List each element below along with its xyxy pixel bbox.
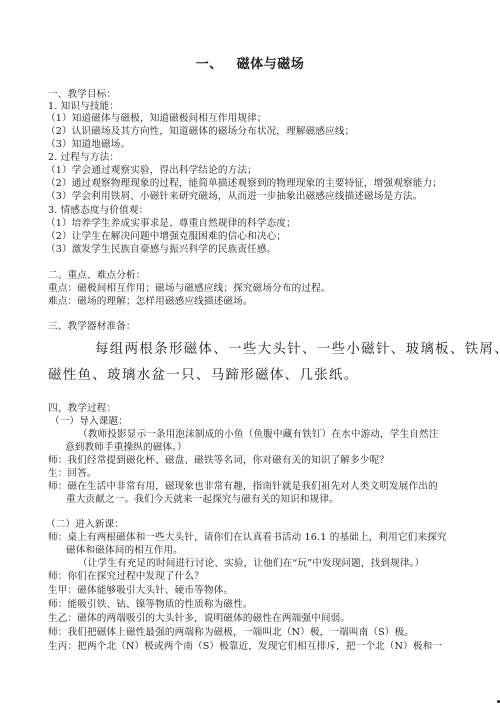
dialogue-line: 师：磁在生活中非常有用，磁现象也非常有趣，指南针就是我们祖先对人类文明发展作出的	[48, 481, 438, 493]
intro-line: 意到教师手重操纵的磁体。）	[65, 442, 187, 454]
objective-item: （2）认识磁场及其方向性，知道磁体的磁场分布状况，理解磁感应线；	[46, 126, 354, 138]
objective-item: （1）知道磁体与磁极，知道磁极间相互作用规律；	[46, 113, 267, 125]
equipment-line: 每组两根条形磁体、一些大头针、一些小磁针、玻璃板、铁屑、自制	[95, 342, 500, 358]
section-heading-key-points: 二、重点、难点分析：	[48, 270, 145, 282]
subheading-knowledge: 1. 知识与技能：	[48, 101, 119, 113]
objective-item: （2）让学生在解决问题中增强克服困难的信心和决心；	[46, 231, 286, 243]
key-point-text: 重点：磁极间相互作用；磁场与磁感应线；探究磁场分布的过程。	[48, 283, 331, 295]
dialogue-line: 生乙：磁体的两端吸引的大头针多，说明磁体的磁性在两端强中间弱。	[48, 613, 350, 625]
equipment-line: 磁性鱼、玻璃水盆一只、马蹄形磁体、几张纸。	[48, 368, 359, 384]
subheading-process: 2. 过程与方法：	[48, 152, 119, 164]
dialogue-line: 生丙：把两个北（N）极或两个南（S）极靠近，发现它们相互排斥，把一个北（N）极和…	[48, 641, 442, 653]
dialogue-line: 生甲：磁体能够吸引大头针、硬币等物体。	[48, 585, 233, 597]
subheading-new-lesson: （二）进入新课：	[46, 519, 124, 531]
objective-item: （1）培养学生养成实事求是、尊重自然规律的科学态度；	[46, 218, 296, 230]
objective-item: （2）通过观察物理现象的过程，能简单描述观察到的物理现象的主要特征，增强观察能力…	[46, 178, 442, 190]
dialogue-line: （让学生有充足的时间进行讨论、实验，让他们在“玩”中发现问题，找到规律。）	[78, 558, 424, 570]
document-page: 一、磁体与磁场 一、教学目标： 1. 知识与技能： （1）知道磁体与磁极，知道磁…	[0, 0, 500, 707]
dialogue-line: 师：我们经常提到磁化杯、磁盘、磁铁等名词，你对磁有关的知识了解多少呢？	[48, 455, 389, 467]
objective-item: （3）学会利用铁屑、小磁针来研究磁场，从而进一步抽象出磁感应线描述磁场是方法。	[46, 191, 423, 203]
title-number: 一、	[196, 57, 223, 72]
document-title: 一、磁体与磁场	[0, 53, 500, 72]
dialogue-line: 师：能吸引铁、钴、镍等物质的性质称为磁性。	[48, 599, 253, 611]
dialogue-line: 重大贡献之一。我们今天就来一起探究与磁有关的知识和规律。	[66, 494, 339, 506]
intro-line: （教师投影显示一条用泡沫制成的小鱼（鱼腹中藏有铁钉）在水中游动，学生自然注	[78, 429, 439, 441]
dialogue-line: 师：你们在探究过程中发现了什么？	[48, 571, 204, 583]
section-heading-process: 四、教学过程：	[48, 403, 116, 415]
subheading-intro: （一）导入课题：	[50, 416, 128, 428]
dialogue-line: 师：桌上有两根磁体和一些大头针，请你们在认真看书活动 16.1 的基础上，利用它…	[48, 532, 447, 544]
difficult-point-text: 难点：磁场的理解；怎样用磁感应线描述磁场。	[48, 296, 253, 308]
objective-item: （3）知道地磁场。	[46, 139, 130, 151]
objective-item: （1）学会通过观察实验，得出科学结论的方法；	[46, 165, 257, 177]
dialogue-line: 磁体和磁体间的相互作用。	[66, 545, 183, 557]
section-heading-objectives: 一、教学目标：	[48, 89, 116, 101]
section-heading-equipment: 三、教学器材准备：	[48, 321, 136, 333]
subheading-values: 3. 情感态度与价值观：	[48, 205, 148, 217]
dialogue-line: 师：我们把磁体上磁性最强的两端称为磁极，一端叫北（N）极，一端叫南（S）极。	[48, 627, 414, 639]
objective-item: （3）激发学生民族自豪感与振兴科学的民族责任感。	[46, 244, 276, 256]
title-text: 磁体与磁场	[237, 57, 305, 72]
dialogue-line: 生：回答。	[48, 468, 97, 480]
